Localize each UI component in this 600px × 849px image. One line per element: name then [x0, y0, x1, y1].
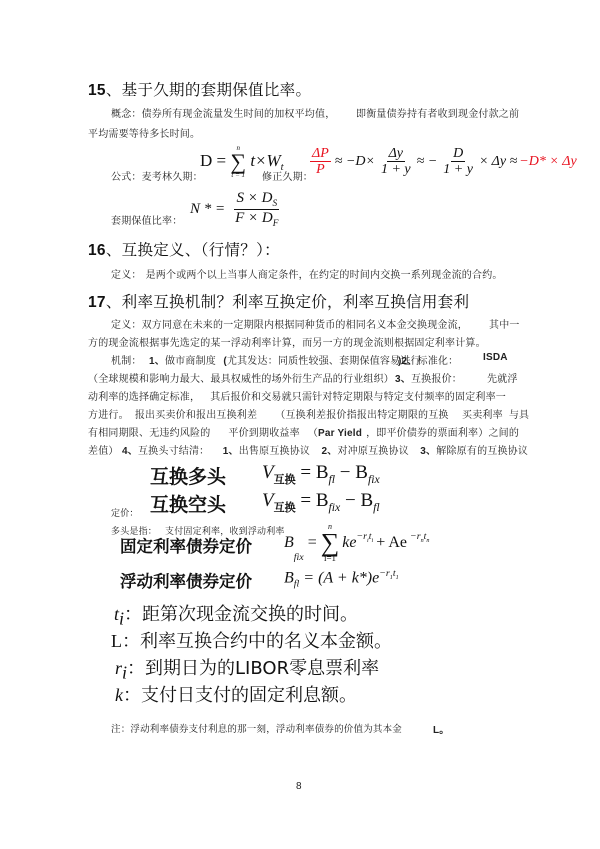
float-bond-label: 浮动利率债券定价 — [120, 568, 252, 592]
macaulay-term: t×W — [250, 151, 280, 170]
section-title: 、互换定义、（行情？）： — [106, 241, 280, 259]
concept-line-1b: 即衡量债券持有者收到现金付款之前 — [356, 105, 519, 120]
e: −r — [410, 531, 421, 542]
t: 互换头寸结清： — [138, 446, 209, 457]
def-text: 距第次现金流交换的时间。 — [142, 604, 358, 625]
concept-line-2: 平均需要等待多长时间。 — [88, 125, 200, 140]
rhs: = (A + k*)e — [303, 569, 379, 586]
b: B — [284, 569, 294, 586]
t: 2、 — [402, 356, 418, 367]
swap-long-formula: V互换 = Bfl − Bfix — [262, 462, 380, 487]
t: 3、 — [420, 446, 436, 457]
mod-part3: ≈ − — [417, 154, 438, 170]
t: 1、 — [149, 356, 165, 367]
hedge-fraction: S × DS F × DF — [233, 190, 280, 229]
sum-bottom: t = 1 — [231, 172, 245, 179]
hedge-num-sub: S — [272, 199, 277, 209]
t: 出售原互换协议 — [239, 446, 310, 457]
definition-l: L：利率互换合约中的名义本金额。 — [111, 627, 392, 653]
swap-definition: 定义：是两个或两个以上当事人商定条件，在约定的时间内交换一系列现金流的合约。 — [111, 266, 503, 281]
t: 标准化： — [418, 356, 459, 367]
body-line-3: 机制： 1、做市商制度 (尤其发达：同质性较强、套期保值容易进行 — [111, 352, 421, 367]
t: 方进行。 — [88, 410, 129, 421]
t: 与具 — [509, 410, 529, 421]
macaulay-lhs: D = — [200, 151, 226, 170]
e: 1 — [396, 575, 399, 581]
body-line-3b: )2、标准化： — [398, 352, 458, 367]
hedge-num: S × D — [236, 190, 272, 206]
def-label: 定义： — [111, 270, 142, 281]
hedge-den: F × D — [235, 210, 273, 226]
rhs: = B — [300, 462, 328, 483]
pricing-label: 定价： — [111, 506, 139, 519]
t: 互换报价： — [411, 374, 462, 385]
body-line-8: 差值） 4、互换头寸结清： 1、出售原互换协议 2、对冲原互换协议 3、解除原有… — [88, 442, 528, 457]
e: n — [426, 538, 429, 544]
t: （互换利差报价指报出特定期限的互换 — [275, 410, 448, 421]
def-text: 到期日为的LIBOR零息票利率 — [145, 658, 379, 679]
e: −r — [379, 568, 390, 579]
dy-over-1y: Δy1 + y — [379, 146, 413, 178]
t: 差值） — [88, 446, 119, 457]
frac-den: 1 + y — [441, 162, 475, 177]
sep: ： — [127, 658, 145, 679]
swap-long-label: 互换多头 — [150, 462, 226, 489]
t: 平价到期收益率 — [228, 428, 299, 439]
section-15-heading: 15、基于久期的套期保值比率。 — [88, 78, 311, 100]
section-number: 15 — [88, 82, 106, 99]
def-text: 支付日支付的固定利息额。 — [141, 685, 357, 706]
concept-text: 债券所有现金流量发生时间的加权平均值， — [142, 109, 336, 120]
dp-over-p: ΔPP — [310, 146, 331, 178]
body-line-1: 定义：双方同意在未来的一定期限内根据同种货币的相同名义本金交换现金流， — [111, 316, 468, 331]
b: B — [284, 534, 294, 552]
section-number: 16 — [88, 242, 106, 259]
e: i — [372, 538, 374, 544]
t: 其后报价和交易就只需针对特定期限与特定支付频率的固定利率一 — [210, 392, 506, 403]
t: Par Yield — [318, 428, 362, 439]
e: −r — [356, 531, 367, 542]
modified-duration-label: 修正久期： — [262, 168, 313, 183]
rhs: = B — [300, 490, 328, 511]
t: 尤其发达：同质性较强、套期保值容易进行 — [227, 356, 421, 367]
section-title: 、基于久期的套期保值比率。 — [106, 81, 311, 99]
note-var: L。 — [433, 721, 450, 736]
b-sub: fl — [294, 579, 300, 590]
var: L — [111, 631, 122, 651]
b-sub: fl — [373, 501, 380, 514]
float-bond-formula: Bfl = (A + k*)e−r1t1 — [284, 568, 399, 590]
mod-part2: ≈ −D× — [335, 154, 375, 170]
t: 机制： — [111, 356, 142, 367]
frac-num: Δy — [387, 146, 405, 162]
plus: + Ae — [376, 534, 407, 552]
t: ，即平价债券的票面利率）之间的 — [366, 428, 519, 439]
formula-label: 公式：麦考林久期： — [111, 168, 203, 183]
definition-ti: ti：距第次现金流交换的时间。 — [114, 600, 358, 630]
fixed-bond-formula: Bfix = n ∑ i=1 ke−riti + Ae−rntn — [284, 523, 429, 563]
definition-ri: ri：到期日为的LIBOR零息票利率 — [115, 654, 379, 684]
fixed-bond-label: 固定利率债券定价 — [120, 533, 252, 557]
sum-symbol: n ∑ i=1 — [321, 523, 340, 563]
frac-num: ΔP — [310, 146, 331, 162]
body-line-7: 有相同期限、无违约风险的平价到期收益率（Par Yield，即平价债券的票面利率… — [88, 424, 519, 439]
page-number: 8 — [296, 781, 302, 792]
section-17-heading: 17、利率互换机制？利率互换定价，利率互换信用套利 — [88, 290, 469, 312]
hedge-ratio-formula: N * = S × DS F × DF — [190, 190, 282, 229]
sum-bottom: i=1 — [324, 554, 336, 563]
t: 买卖利率 — [462, 410, 503, 421]
swap-short-formula: V互换 = Bfix − Bfl — [262, 490, 380, 515]
definition-k: k：支付日支付的固定利息额。 — [115, 681, 357, 707]
t: 动利率的选择确定标准， — [88, 392, 200, 403]
note-text: 注：浮动利率债券支付利息的那一刻，浮动利率债券的价值为其本金 — [111, 721, 402, 735]
frac-den: 1 + y — [379, 162, 413, 177]
mod-part4: × Δy ≈ — [479, 154, 517, 170]
body-line-6b: 买卖利率与具 — [462, 406, 529, 421]
t: 2、 — [322, 446, 338, 457]
body-line-5: 动利率的选择确定标准，其后报价和交易就只需针对特定期限与特定支付频率的固定利率一 — [88, 388, 506, 403]
t: 1、 — [223, 446, 239, 457]
frac-den: P — [314, 162, 327, 177]
hedge-den-sub: F — [273, 219, 279, 229]
sep: ： — [124, 604, 142, 625]
hedge-lhs: N * = — [190, 201, 225, 218]
term1: ke — [342, 534, 356, 552]
hedge-ratio-label: 套期保值比率： — [111, 212, 182, 227]
swap-short-label: 互换空头 — [150, 490, 226, 517]
t: 3、 — [395, 374, 411, 385]
t: （ — [308, 428, 318, 439]
section-number: 17 — [88, 294, 106, 311]
b-sub: fix — [294, 552, 304, 563]
body-line-6: 方进行。报出买卖价和报出互换利差（互换利差报价指报出特定期限的互换 — [88, 406, 449, 421]
body-line-1b: 其中一 — [489, 316, 520, 331]
t: 对冲原互换协议 — [338, 446, 409, 457]
concept-line-1: 概念：债券所有现金流量发生时间的加权平均值， — [111, 105, 335, 120]
modified-duration-formula: ΔPP ≈ −D× Δy1 + y ≈ − D1 + y × Δy ≈ −D* … — [308, 146, 577, 178]
t: 有相同期限、无违约风险的 — [88, 428, 210, 439]
body-line-4b: 3、互换报价： — [395, 370, 462, 385]
var: r — [115, 658, 122, 678]
concept-label: 概念： — [111, 109, 142, 120]
d-over-1y: D1 + y — [441, 146, 475, 178]
section-16-heading: 16、互换定义、（行情？）： — [88, 238, 280, 260]
sep: ： — [122, 631, 140, 652]
b-sub: fix — [368, 473, 380, 486]
minus: − B — [335, 462, 368, 483]
v: V — [262, 462, 274, 483]
sep: ： — [123, 685, 141, 706]
t: 解除原有的互换协议 — [436, 446, 528, 457]
t: 做市商制度 — [165, 356, 216, 367]
frac-num: D — [451, 146, 465, 162]
def-text: 是两个或两个以上当事人商定条件，在约定的时间内交换一系列现金流的合约。 — [146, 270, 503, 281]
section-title: 、利率互换机制？利率互换定价，利率互换信用套利 — [106, 293, 469, 311]
body-line-4: （全球规模和影响力最大、最具权威性的场外衍生产品的行业组织） — [88, 370, 394, 385]
b-sub: fix — [329, 501, 341, 514]
v: V — [262, 490, 274, 511]
v-sub: 互换 — [274, 501, 296, 514]
minus: − B — [340, 490, 373, 511]
t: 报出买卖价和报出互换利差 — [135, 410, 257, 421]
body-line-2: 方的现金流根据事先选定的某一浮动利率计算，而另一方的现金流则根据固定利率计算。 — [88, 334, 486, 349]
mod-part5-red: −D* × Δy — [519, 154, 576, 170]
t: 4、 — [122, 446, 138, 457]
eq: = — [308, 534, 317, 552]
body-line-4c: 先就浮 — [487, 370, 518, 385]
sum-symbol: n ∑ t = 1 — [230, 145, 246, 179]
def-text: 利率互换合约中的名义本金额。 — [140, 631, 392, 652]
isda-text: ISDA — [483, 352, 508, 363]
v-sub: 互换 — [274, 473, 296, 486]
var: k — [115, 685, 123, 705]
